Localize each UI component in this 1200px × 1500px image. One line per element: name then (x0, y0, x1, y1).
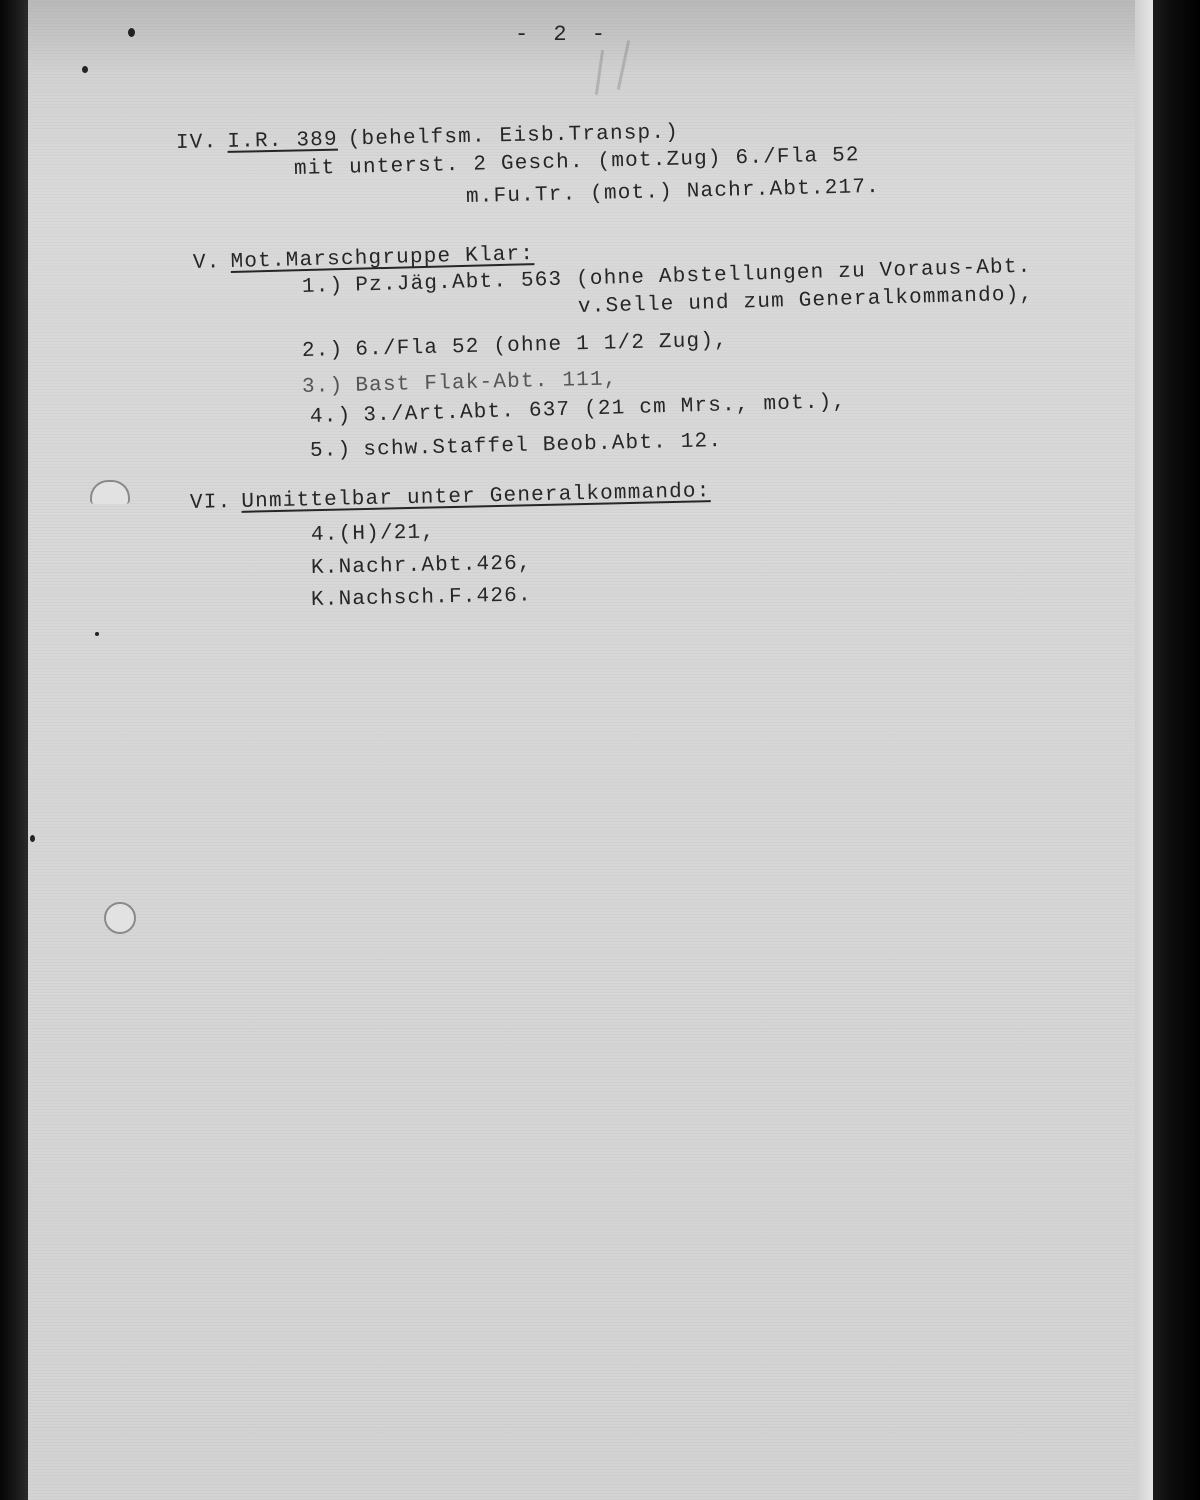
page-fold-edge (1135, 0, 1153, 1500)
section-numeral: V. (193, 251, 221, 275)
item-number: 3.) (302, 375, 344, 399)
document-page (28, 0, 1153, 1500)
film-left-border (0, 0, 28, 1500)
item-number: 1.) (302, 275, 344, 299)
punch-hole-mark (90, 480, 130, 504)
section-vi-line: K.Nachsch.F.426. (311, 584, 532, 612)
section-title: I.R. 389 (227, 129, 338, 154)
ink-speck (82, 66, 88, 73)
ink-speck (128, 28, 135, 37)
punch-hole-mark (104, 902, 136, 934)
section-vi-line: K.Nachr.Abt.426, (311, 552, 532, 580)
item-number: 2.) (302, 339, 344, 363)
section-numeral: VI. (190, 491, 232, 515)
section-numeral: IV. (176, 131, 218, 155)
film-right-border (1153, 0, 1200, 1500)
ink-speck (30, 835, 35, 842)
ink-speck (95, 632, 99, 636)
item-number: 5.) (310, 439, 352, 463)
page-number: - 2 - (515, 22, 611, 47)
section-vi-line: 4.(H)/21, (311, 521, 436, 547)
item-number: 4.) (310, 405, 352, 429)
